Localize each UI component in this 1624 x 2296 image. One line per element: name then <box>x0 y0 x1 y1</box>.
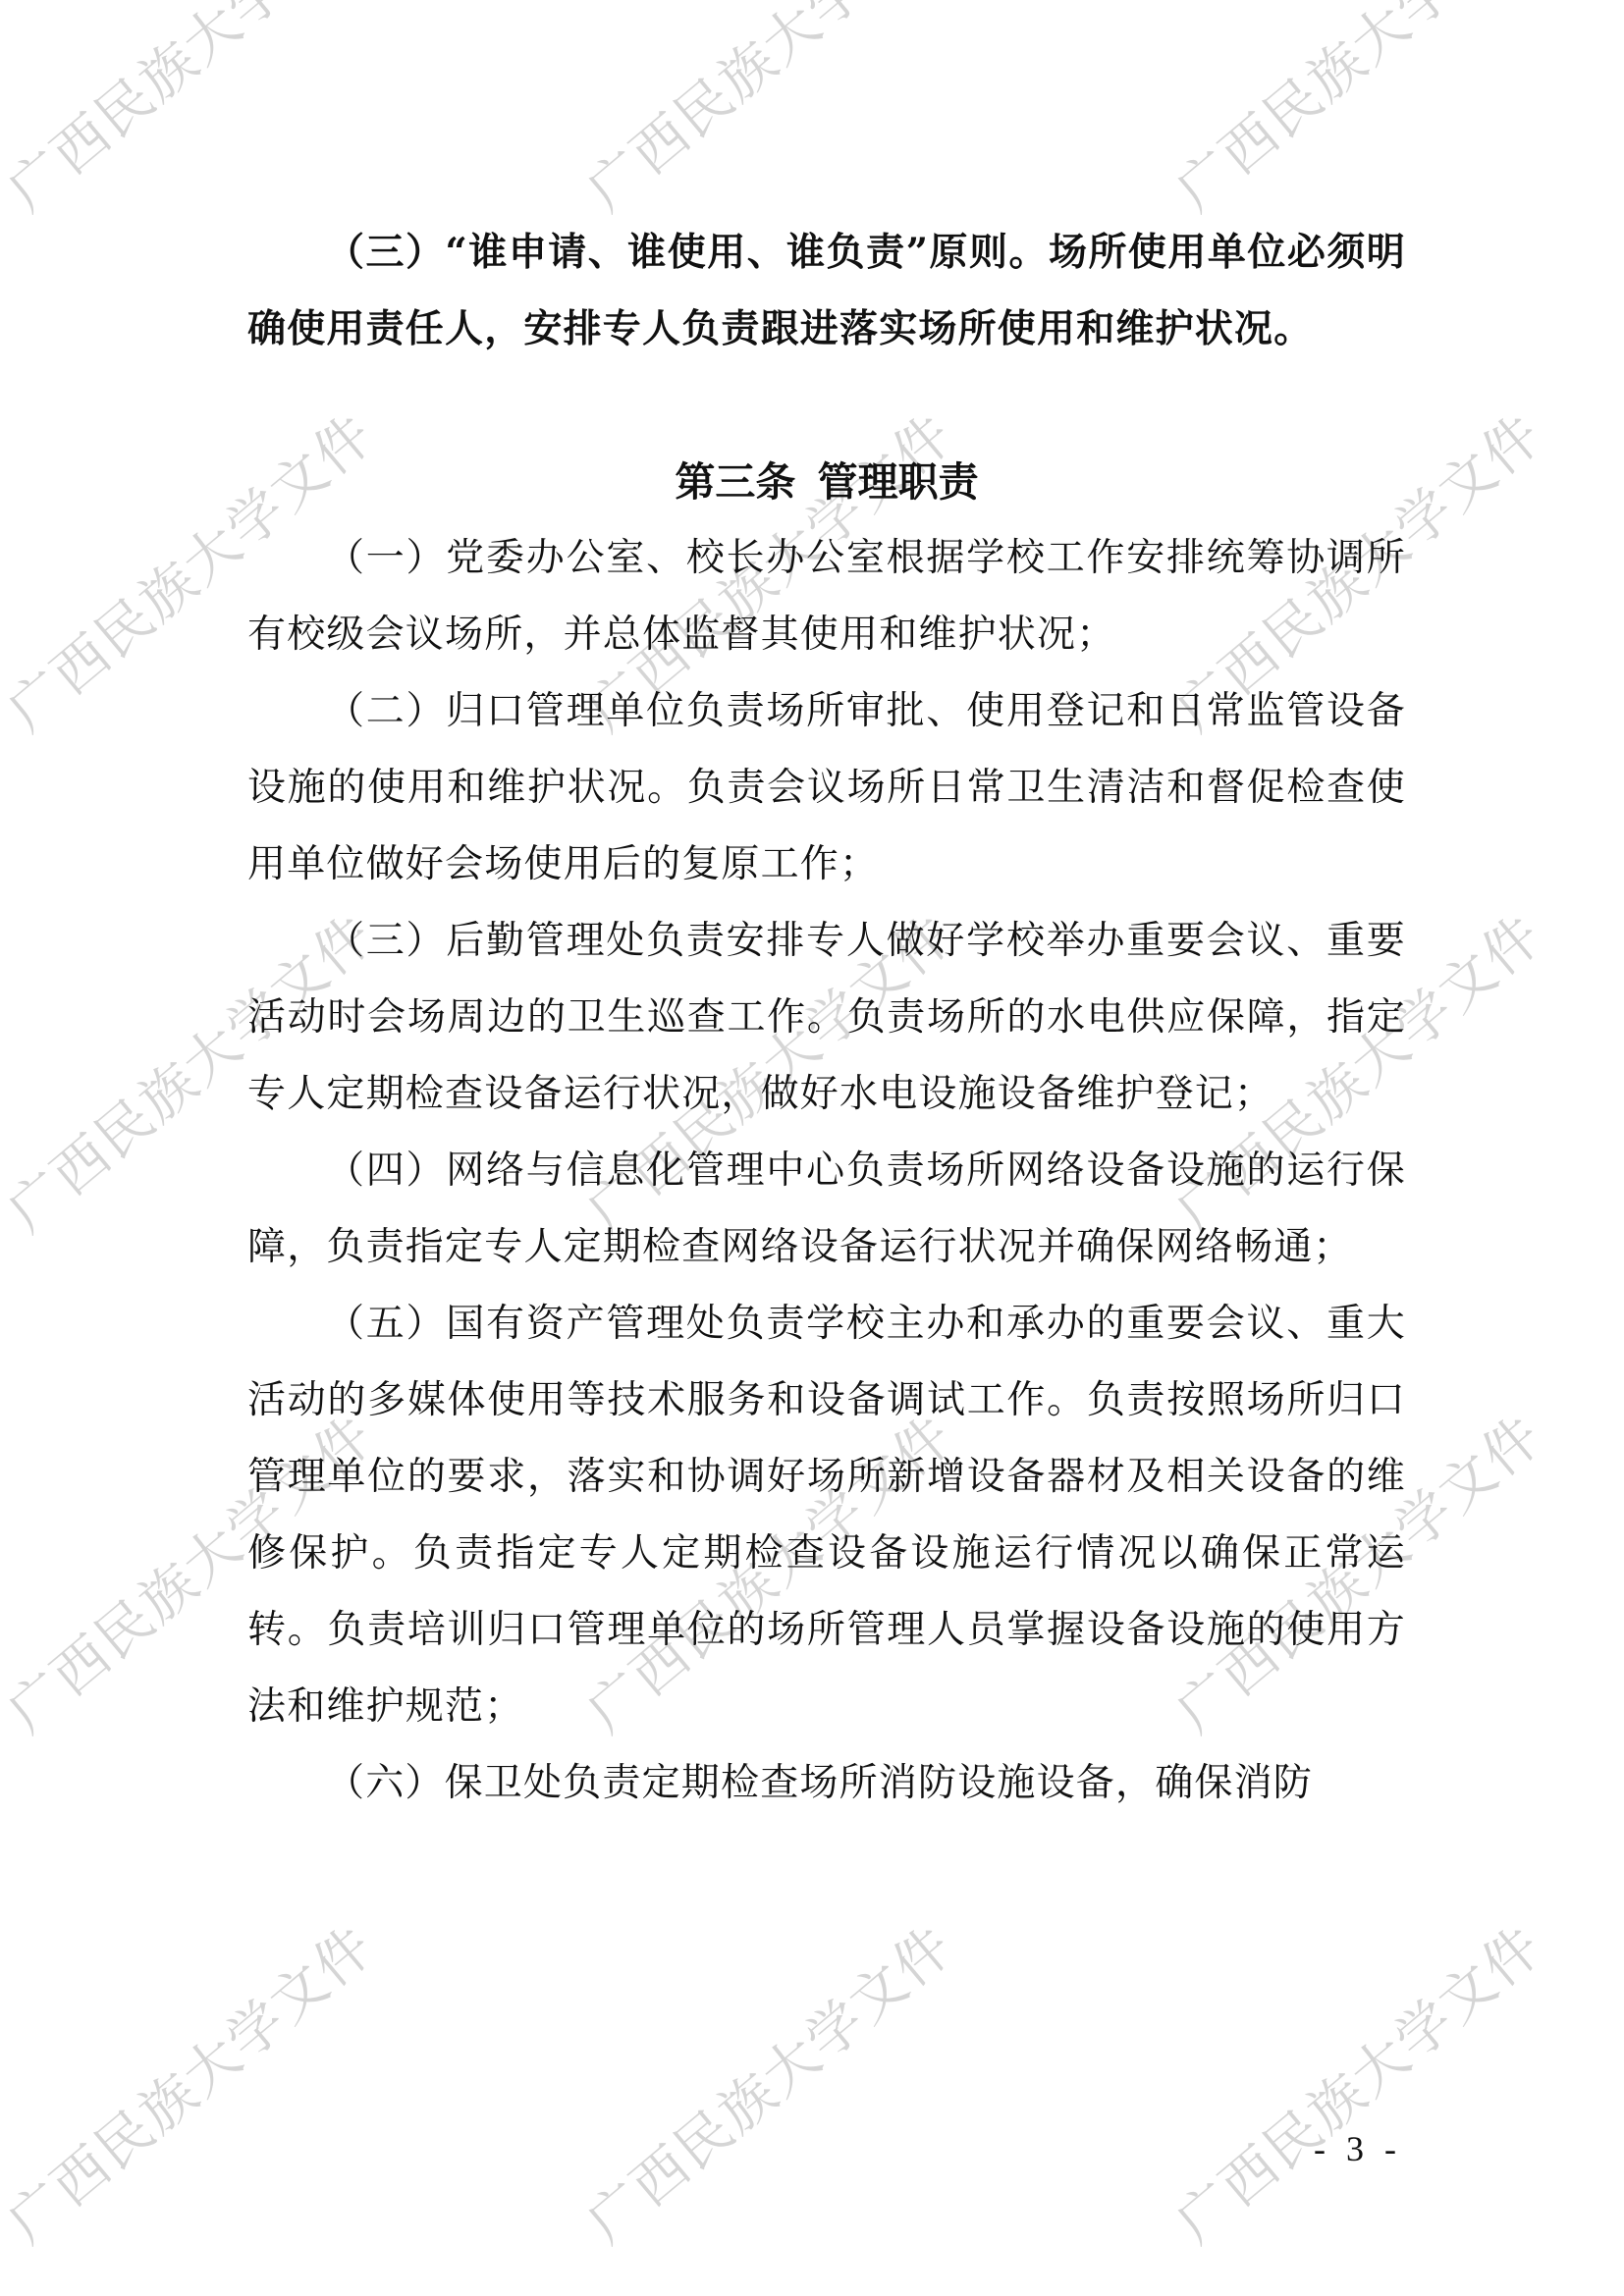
document-body: （三）“谁申请、谁使用、谁负责”原则。场所使用单位必须明确使用责任人，安排专人负… <box>247 214 1406 1822</box>
duty-item-2: （二）归口管理单位负责场所审批、使用登记和日常监管设备设施的使用和维护状况。负责… <box>247 673 1406 903</box>
duty-item-4: （四）网络与信息化管理中心负责场所网络设备设施的运行保障，负责指定专人定期检查网… <box>247 1133 1406 1286</box>
duty-item-5: （五）国有资产管理处负责学校主办和承办的重要会议、重大活动的多媒体使用等技术服务… <box>247 1286 1406 1745</box>
watermark: 广西民族大学文件 <box>0 0 388 226</box>
watermark: 广西民族大学文件 <box>1158 1904 1557 2258</box>
principle-paragraph: （三）“谁申请、谁使用、谁负责”原则。场所使用单位必须明确使用责任人，安排专人负… <box>247 214 1406 367</box>
section-heading: 第三条 管理职责 <box>247 444 1406 520</box>
watermark: 广西民族大学文件 <box>568 1904 968 2258</box>
document-page: 广西民族大学文件 广西民族大学文件 广西民族大学文件 广西民族大学文件 广西民族… <box>0 0 1624 2296</box>
watermark: 广西民族大学文件 <box>1158 0 1557 226</box>
watermark: 广西民族大学文件 <box>0 1904 388 2258</box>
watermark: 广西民族大学文件 <box>568 0 968 226</box>
duty-item-6: （六）保卫处负责定期检查场所消防设施设备，确保消防 <box>247 1745 1406 1822</box>
page-number: - 3 - <box>1314 2128 1402 2169</box>
duty-item-1: （一）党委办公室、校长办公室根据学校工作安排统筹协调所有校级会议场所，并总体监督… <box>247 520 1406 673</box>
duty-item-3: （三）后勤管理处负责安排专人做好学校举办重要会议、重要活动时会场周边的卫生巡查工… <box>247 903 1406 1133</box>
